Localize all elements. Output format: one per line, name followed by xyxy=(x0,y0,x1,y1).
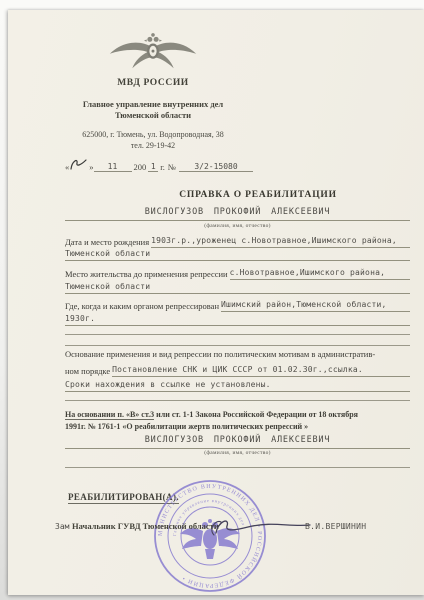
blank-rule xyxy=(65,332,410,346)
legal-line1: На основании п. «В» ст.3 или ст. 1-1 Зак… xyxy=(65,409,417,421)
department-block: Главное управление внутренних дел Тюменс… xyxy=(8,99,298,121)
mvd-eagle-emblem xyxy=(108,26,198,78)
signer-name: В.И.ВЕРШИНИН xyxy=(305,522,366,531)
address-block: 625000, г. Тюмень, ул. Водопроводная, 38… xyxy=(8,130,298,151)
grounds-line2: ном порядке Постановление СНК и ЦИК СССР… xyxy=(65,363,410,377)
date-number-line: « » 11 200 1 г. № 3/2-15080 xyxy=(65,156,315,172)
field-birth-line2: Тюменской области xyxy=(65,248,410,261)
page-title: СПРАВКА О РЕАБИЛИТАЦИИ xyxy=(108,190,408,200)
field-residence: Место жительства до применения репрессии… xyxy=(65,267,410,280)
blank-rule xyxy=(65,454,410,468)
grounds-label: ном порядке xyxy=(65,365,112,377)
date-year-digit: 1 xyxy=(148,162,158,172)
address-line: 625000, г. Тюмень, ул. Водопроводная, 38 xyxy=(8,130,298,141)
handwritten-day-scribble xyxy=(69,157,89,172)
legal-underlined: На основании п. «В» ст.3 xyxy=(65,410,154,420)
number-sign: № xyxy=(168,162,179,172)
name-caption: (фамилия, имя, отчество) xyxy=(65,223,410,229)
field-residence-label: Место жительства до применения репрессии xyxy=(65,268,230,280)
date-century: 200 xyxy=(132,162,149,172)
field-residence-value1: с.Новотравное,Ишимского района, xyxy=(230,267,410,280)
certificate-page: МВД РОССИИ Главное управление внутренних… xyxy=(8,10,424,595)
legal-rest: или ст. 1-1 Закона Российской Федерации … xyxy=(154,410,358,419)
field-birth: Дата и место рождения 1903г.р.,уроженец … xyxy=(65,235,410,248)
document-number: 3/2-15080 xyxy=(179,162,253,172)
date-year-unit: г. xyxy=(158,162,168,172)
field-birth-value2: Тюменской области xyxy=(65,248,410,261)
field-birth-label: Дата и место рождения xyxy=(65,236,151,248)
rehabilitated-name: ВИСЛОГУЗОВ ПРОКОФИЙ АЛЕКСЕЕВИЧ xyxy=(65,435,410,449)
org-name: МВД РОССИИ xyxy=(8,78,298,88)
field-birth-value1: 1903г.р.,уроженец с.Новотравное,Ишимског… xyxy=(151,235,410,248)
department-line1: Главное управление внутренних дел xyxy=(8,99,298,110)
field-repression-label: Где, когда и каким органом репрессирован xyxy=(65,300,221,312)
phone-line: тел. 29-19-42 xyxy=(8,141,298,152)
field-repression-value1: Ишимский район,Тюменской области, xyxy=(221,299,410,312)
signer-position-prefix: Зам xyxy=(55,522,69,531)
department-line2: Тюменской области xyxy=(8,110,298,121)
blank-rule xyxy=(65,387,410,401)
field-repression: Где, когда и каким органом репрессирован… xyxy=(65,299,410,312)
grounds-intro: Основание применения и вид репрессии по … xyxy=(65,349,415,359)
person-name: ВИСЛОГУЗОВ ПРОКОФИЙ АЛЕКСЕЕВИЧ xyxy=(65,207,410,221)
field-residence-line2: Тюменской области xyxy=(65,281,410,294)
scanned-document: МВД РОССИИ Главное управление внутренних… xyxy=(0,0,424,600)
date-month: 11 xyxy=(94,162,132,172)
legal-line2: 1991г. № 1761-1 «О реабилитации жертв по… xyxy=(65,421,417,433)
field-residence-value2: Тюменской области xyxy=(65,281,410,294)
grounds-value1: Постановление СНК и ЦИК СССР от 01.02.30… xyxy=(112,364,410,377)
handwritten-signature xyxy=(178,513,312,539)
